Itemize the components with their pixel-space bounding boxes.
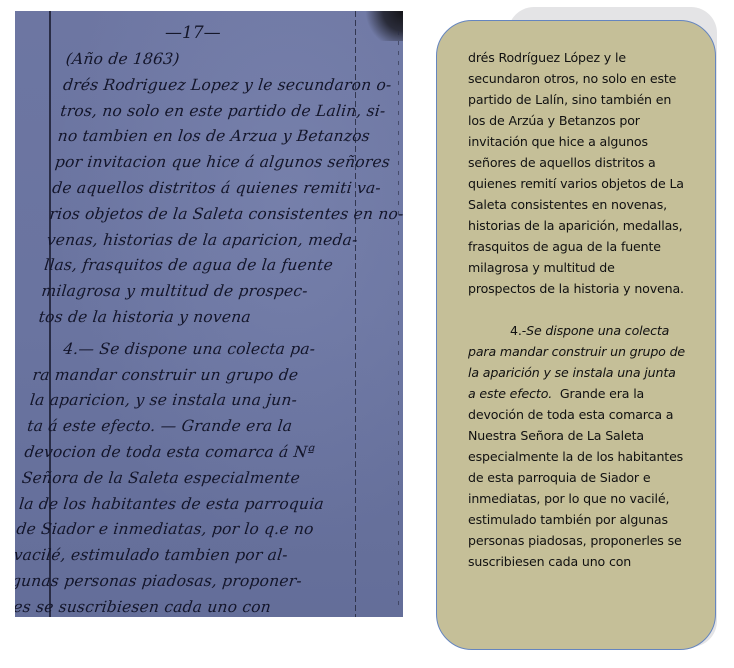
transcription-line: la aparición y se instala una junta xyxy=(468,362,708,383)
manuscript-line: de Siador e inmediatas, por lo q.e no xyxy=(15,517,363,543)
transcription-line: invitación que hice a algunos xyxy=(468,131,708,152)
transcription-line: partido de Lalín, sino también en xyxy=(468,89,708,110)
manuscript-line: no tambien en los de Arzua y Betanzos xyxy=(56,124,403,150)
manuscript-line: por invitacion que hice á algunos señore… xyxy=(54,150,402,176)
manuscript-line: rios objetos de la Saleta consistentes e… xyxy=(48,202,396,228)
manuscript-page-number: —17— xyxy=(165,23,221,43)
transcription-line: historias de la aparición, medallas, xyxy=(468,215,708,236)
manuscript-line: devocion de toda esta comarca á Nª xyxy=(23,440,371,466)
manuscript-line: la aparicion, y se instala una jun- xyxy=(29,388,377,414)
manuscript-line: la de los habitantes de esta parroquia xyxy=(18,492,366,518)
section-title-italic: a este efecto. xyxy=(468,386,552,401)
transcription-line: Nuestra Señora de La Saleta xyxy=(468,425,708,446)
transcription-text: drés Rodríguez López y le secundaron otr… xyxy=(468,47,708,572)
manuscript-line: (Año de 1863) xyxy=(64,47,403,73)
transcription-line: secundaron otros, no solo en este xyxy=(468,68,708,89)
manuscript-line: llas, frasquitos de agua de la fuente xyxy=(43,253,391,279)
manuscript-line: drés Rodriguez Lopez y le secundaron o- xyxy=(62,73,403,99)
section-title-italic: Se dispone una colecta xyxy=(526,323,669,338)
manuscript-line: ra mandar construir un grupo de xyxy=(31,363,379,389)
transcription-line: suscribiesen cada uno con xyxy=(468,551,708,572)
transcription-line: de esta parroquia de Siador e xyxy=(468,467,708,488)
manuscript-line: gunas personas piadosas, proponer- xyxy=(15,569,357,595)
transcription-line: personas piadosas, proponerles se xyxy=(468,530,708,551)
transcription-line: milagrosa y multitud de xyxy=(468,257,708,278)
section-title-italic: la aparición y se instala una junta xyxy=(468,365,676,380)
manuscript-line: tos de la historia y novena xyxy=(37,305,385,331)
transcription-line: Saleta consistentes en novenas, xyxy=(468,194,708,215)
manuscript-line: les se suscribiesen cada uno con xyxy=(15,595,355,617)
manuscript-line: vacilé, estimulado tambien por al- xyxy=(15,543,360,569)
manuscript-line: milagrosa y multitud de prospec- xyxy=(40,279,388,305)
paragraph-gap xyxy=(468,299,708,320)
page-corner-shadow xyxy=(363,11,403,41)
transcription-line: a este efecto. Grande era la xyxy=(468,383,708,404)
manuscript-handwriting: (Año de 1863) drés Rodriguez Lopez y le … xyxy=(15,47,403,617)
transcription-line: señores de aquellos distritos a xyxy=(468,152,708,173)
manuscript-line: tros, no solo en este partido de Lalin, … xyxy=(59,99,403,125)
transcription-continuation: Grande era la xyxy=(552,386,644,401)
transcription-line: frasquitos de agua de la fuente xyxy=(468,236,708,257)
transcription-box: drés Rodríguez López y le secundaron otr… xyxy=(436,20,716,650)
manuscript-line: de aquellos distritos á quienes remiti v… xyxy=(51,176,399,202)
transcription-line: prospectos de la historia y novena. xyxy=(468,278,708,299)
transcription-line: estimulado también por algunas xyxy=(468,509,708,530)
transcription-line: especialmente la de los habitantes xyxy=(468,446,708,467)
manuscript-line: Señora de la Saleta especialmente xyxy=(20,466,368,492)
transcription-line: los de Arzúa y Betanzos por xyxy=(468,110,708,131)
section-heading-line: 4.-Se dispone una colecta xyxy=(468,320,708,341)
section-number: 4.- xyxy=(510,323,526,338)
manuscript-line: venas, historias de la aparicion, meda- xyxy=(45,228,393,254)
section-title-italic: para mandar construir un grupo de xyxy=(468,344,685,359)
manuscript-line: 4.— Se dispone una colecta pa- xyxy=(34,337,382,363)
transcription-line: quienes remití varios objetos de La xyxy=(468,173,708,194)
transcription-line: para mandar construir un grupo de xyxy=(468,341,708,362)
manuscript-image: —17— (Año de 1863) drés Rodriguez Lopez … xyxy=(15,11,403,617)
manuscript-line: ta á este efecto. — Grande era la xyxy=(26,414,374,440)
transcription-line: devoción de toda esta comarca a xyxy=(468,404,708,425)
transcription-line: drés Rodríguez López y le xyxy=(468,47,708,68)
transcription-line: inmediatas, por lo que no vacilé, xyxy=(468,488,708,509)
